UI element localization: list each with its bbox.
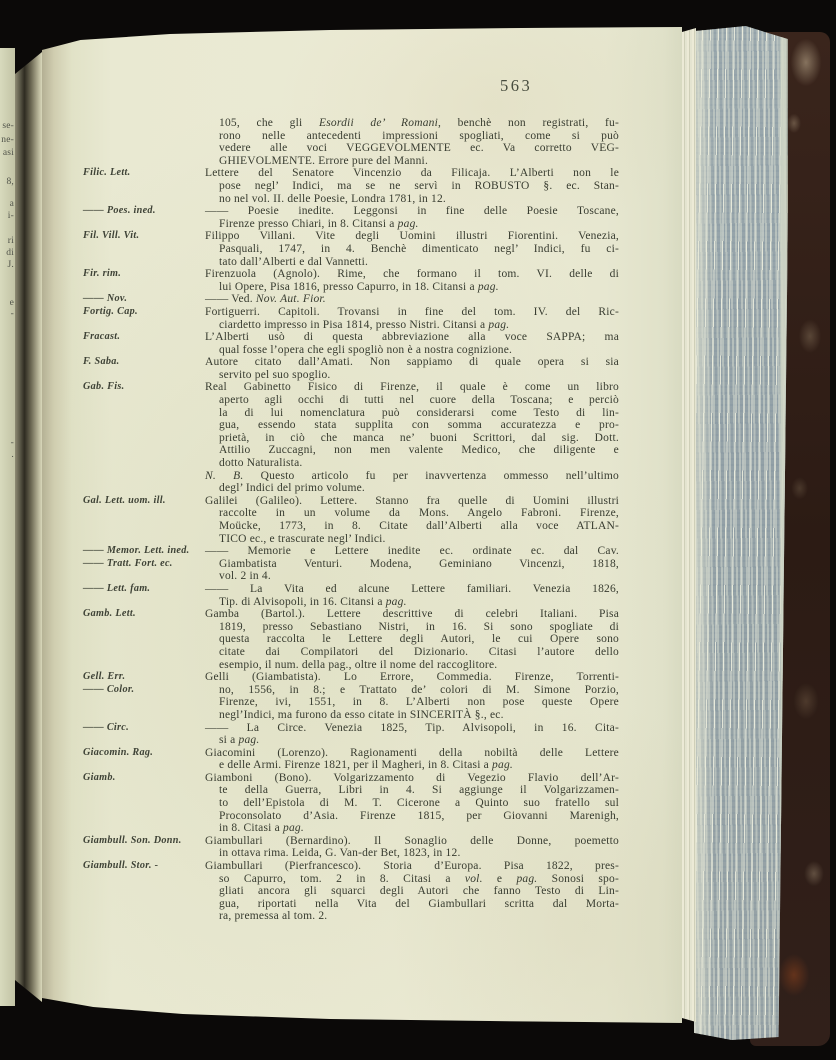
edge-fragment: se- [2, 121, 14, 131]
scanned-book-photo: se-ne-asi8,ai-ridiJ.e--. 563 105, che gl… [0, 0, 836, 1060]
line-text: Firenze presso Chiari, in 8. Citansi a p… [219, 218, 619, 231]
entry-line: in 8. Citasi a pag. [205, 822, 625, 835]
line-text: Gelli (Giambatista). Lo Errore, Commedia… [205, 671, 619, 684]
line-text: Firenzuola (Agnolo). Rime, che formano i… [205, 268, 619, 281]
line-text: Autore citato dall’Amati. Non sappiamo d… [205, 356, 619, 369]
line-text: Moücke, 1773, in 8. Citate dall’Alberti … [219, 520, 619, 533]
line-text: Gamba (Bartol.). Lettere descrittive di … [205, 608, 619, 621]
margin-label: Gab. Fis. [83, 381, 203, 394]
entry-line: Giambull. Stor. -Giambullari (Pierfrance… [205, 860, 625, 873]
line-text: pose negl’ Indici, ma se ne servì in ROB… [219, 180, 619, 193]
entry-line: Pasquali, 1747, in 4. Benchè dimenticato… [205, 243, 625, 256]
entry-line: GHIEVOLMENTE. Errore pure del Manni. [205, 155, 625, 168]
entry-line: Gab. Fis.Real Gabinetto Fisico di Firenz… [205, 381, 625, 394]
entry-line: lui Opere, Pisa 1816, presso Capurro, in… [205, 281, 625, 294]
entry-line: gua, riportati nella Vita del Giambullar… [205, 898, 625, 911]
line-text: TICO ec., e trascurate negl’ Indici. [219, 533, 619, 546]
entry-line: rono nelle antecedenti impressioni spogl… [205, 130, 625, 143]
margin-label: —— Color. [83, 684, 203, 697]
entry-line: Gell. Err.Gelli (Giambatista). Lo Errore… [205, 671, 625, 684]
entry-line: te della Guerra, Libri in 4. Si aggiunge… [205, 784, 625, 797]
edge-fragment: asi [3, 148, 14, 158]
entry-line: —— Circ.—— La Circe. Venezia 1825, Tip. … [205, 722, 625, 735]
line-text: Giambullari (Bernardino). Il Sonaglio de… [205, 835, 619, 848]
line-text: —— Poesie inedite. Leggonsi in fine dell… [205, 205, 619, 218]
entry-line: no nel vol. II. delle Poesie, Londra 178… [205, 193, 625, 206]
margin-label: Filic. Lett. [83, 167, 203, 180]
entry-line: gliati ancora gli squarci degli Autori c… [205, 885, 625, 898]
entry-line: degl’ Indici del primo volume. [205, 482, 625, 495]
entry-line: Moücke, 1773, in 8. Citate dall’Alberti … [205, 520, 625, 533]
entry-line: F. Saba.Autore citato dall’Amati. Non sa… [205, 356, 625, 369]
line-text: gliati ancora gli squarci degli Autori c… [219, 885, 619, 898]
entry-line: Fir. rim.Firenzuola (Agnolo). Rime, che … [205, 268, 625, 281]
line-text: vol. 2 in 4. [219, 570, 619, 583]
entry-line: negl’Indici, ma furono da esso citate in… [205, 709, 625, 722]
line-text: Firenze, ivi, 1551, in 8. L’Alberti non … [219, 696, 619, 709]
edge-fragment: . [11, 450, 14, 460]
entry-line: —— Poes. ined.—— Poesie inedite. Leggons… [205, 205, 625, 218]
margin-label: Gal. Lett. uom. ill. [83, 495, 203, 508]
edge-fragment: ne- [1, 135, 14, 145]
entry-line: 1819, presso Sebastiano Nistri, in 16. S… [205, 621, 625, 634]
edge-fragment: ri [8, 236, 14, 246]
line-text: qual fosse l’opera che egli spogliò non … [219, 344, 619, 357]
entry-line: 105, che gli Esordii de’ Romani, benchè … [205, 117, 625, 130]
line-text: gua, riportati nella Vita del Giambullar… [219, 898, 619, 911]
entry-line: Filic. Lett.Lettere del Senatore Vincenz… [205, 167, 625, 180]
edge-fragment: e [10, 298, 14, 308]
line-text: lui Opere, Pisa 1816, presso Capurro, in… [219, 281, 619, 294]
margin-label: Gell. Err. [83, 671, 203, 684]
facing-page-edge: se-ne-asi8,ai-ridiJ.e--. [0, 48, 15, 1006]
entry-line: Gamb. Lett.Gamba (Bartol.). Lettere desc… [205, 608, 625, 621]
entry-line: Fracast.L’Alberti usò di questa abbrevia… [205, 331, 625, 344]
line-text: so Capurro, tom. 2 in 8. Citasi a vol. e… [219, 873, 619, 886]
line-text: —— Memorie e Lettere inedite ec. ordinat… [205, 545, 619, 558]
margin-label: Giacomin. Rag. [83, 747, 203, 760]
edge-fragment: - [11, 309, 14, 319]
line-text: degl’ Indici del primo volume. [219, 482, 619, 495]
line-text: Real Gabinetto Fisico di Firenze, il qua… [205, 381, 619, 394]
line-text: Galilei (Galileo). Lettere. Stanno fra q… [205, 495, 619, 508]
line-text: aperto agli occhi di tutti nel cuore del… [219, 394, 619, 407]
entry-line: —— Tratt. Fort. ec.Giambatista Venturi. … [205, 558, 625, 571]
line-text: 105, che gli Esordii de’ Romani, benchè … [219, 117, 619, 130]
entry-line: Giacomin. Rag.Giacomini (Lorenzo). Ragio… [205, 747, 625, 760]
line-text: servito pel suo spoglio. [219, 369, 619, 382]
line-text: to dell’Epistola di M. T. Cicerone a Qui… [219, 797, 619, 810]
entry-line: Giambull. Son. Donn.Giambullari (Bernard… [205, 835, 625, 848]
line-text: Proconsolato d’Asia. Firenze 1815, per G… [219, 810, 619, 823]
line-text: N. B. Questo articolo fu per inavvertenz… [205, 470, 619, 483]
line-text: citate dai Compilatori del Dizionario. C… [219, 646, 619, 659]
line-text: la di lui nomenclatura può considerarsi … [219, 407, 619, 420]
entry-line: qual fosse l’opera che egli spogliò non … [205, 344, 625, 357]
line-text: Fortiguerri. Capitoli. Trovansi in fine … [205, 306, 619, 319]
margin-label: Giambull. Son. Donn. [83, 835, 203, 848]
entry-line: Gal. Lett. uom. ill.Galilei (Galileo). L… [205, 495, 625, 508]
edge-fragment: 8, [6, 177, 14, 187]
entry-line: Proconsolato d’Asia. Firenze 1815, per G… [205, 810, 625, 823]
line-text: Giamboni (Bono). Volgarizzamento di Vege… [205, 772, 619, 785]
edge-fragment: i- [8, 211, 14, 221]
entry-line: esempio, il num. della pag., oltre il no… [205, 659, 625, 672]
entry-line: questa raccolta le Lettere degli Autori,… [205, 633, 625, 646]
entry-line: —— Memor. Lett. ined.—— Memorie e Letter… [205, 545, 625, 558]
line-text: Giambatista Venturi. Modena, Geminiano V… [219, 558, 619, 571]
line-text: tato dall’Alberti e dal Vannetti. [219, 256, 619, 269]
entry-line: si a pag. [205, 734, 625, 747]
margin-label: —— Poes. ined. [83, 205, 203, 218]
line-text: ciardetto impresso in Pisa 1814, presso … [219, 319, 619, 332]
margin-label: —— Lett. fam. [83, 583, 203, 596]
line-text: GHIEVOLMENTE. Errore pure del Manni. [219, 155, 619, 168]
line-text: no nel vol. II. delle Poesie, Londra 178… [219, 193, 619, 206]
edge-fragment: J. [8, 260, 14, 270]
line-text: si a pag. [219, 734, 619, 747]
page-edge-stack [682, 28, 696, 1026]
page-number: 563 [500, 76, 532, 96]
entry-line: citate dai Compilatori del Dizionario. C… [205, 646, 625, 659]
entry-line: raccolte in un volume da Mons. Angelo Fa… [205, 507, 625, 520]
entry-line: TICO ec., e trascurate negl’ Indici. [205, 533, 625, 546]
line-text: raccolte in un volume da Mons. Angelo Fa… [219, 507, 619, 520]
entry-line: Tip. di Alvisopoli, in 16. Citansi a pag… [205, 596, 625, 609]
entry-line: Fortig. Cap.Fortiguerri. Capitoli. Trova… [205, 306, 625, 319]
line-text: Pasquali, 1747, in 4. Benchè dimenticato… [219, 243, 619, 256]
margin-label: Fracast. [83, 331, 203, 344]
entry-line: Giamb.Giamboni (Bono). Volgarizzamento d… [205, 772, 625, 785]
line-text: questa raccolta le Lettere degli Autori,… [219, 633, 619, 646]
line-text: in ottava rima. Leida, G. Van-der Bet, 1… [219, 847, 619, 860]
entry-line: vedere alle voci VEGGEVOLMENTE ec. Va co… [205, 142, 625, 155]
margin-label: —— Memor. Lett. ined. [83, 545, 203, 558]
entry-line: in ottava rima. Leida, G. Van-der Bet, 1… [205, 847, 625, 860]
margin-label: —— Nov. [83, 293, 203, 306]
margin-label: F. Saba. [83, 356, 203, 369]
entry-line: Attilio Zuccagni, non men valente Medico… [205, 444, 625, 457]
edge-fragment: di [6, 248, 14, 258]
line-text: negl’Indici, ma furono da esso citate in… [219, 709, 619, 722]
line-text: in 8. Citasi a pag. [219, 822, 619, 835]
line-text: dotto Naturalista. [219, 457, 619, 470]
line-text: gua, essendo stata supplita con somma ac… [219, 419, 619, 432]
body-text-column: 105, che gli Esordii de’ Romani, benchè … [205, 117, 625, 923]
margin-label: Fil. Vill. Vit. [83, 230, 203, 243]
margin-label: Giambull. Stor. - [83, 860, 203, 873]
line-text: —— Ved. Nov. Aut. Fior. [205, 293, 619, 306]
entry-line: dotto Naturalista. [205, 457, 625, 470]
line-text: Giambullari (Pierfrancesco). Storia d’Eu… [205, 860, 619, 873]
margin-label: —— Circ. [83, 722, 203, 735]
line-text: —— La Vita ed alcune Lettere familiari. … [205, 583, 619, 596]
entry-line: —— Color.no, 1556, in 8.; e Trattato de’… [205, 684, 625, 697]
line-text: Lettere del Senatore Vincenzio da Filica… [205, 167, 619, 180]
book-fore-edge-pages [694, 26, 788, 1040]
line-text: L’Alberti usò di questa abbreviazione al… [205, 331, 619, 344]
line-text: esempio, il num. della pag., oltre il no… [219, 659, 619, 672]
entry-line: servito pel suo spoglio. [205, 369, 625, 382]
line-text: Tip. di Alvisopoli, in 16. Citansi a pag… [219, 596, 619, 609]
line-text: 1819, presso Sebastiano Nistri, in 16. S… [219, 621, 619, 634]
entry-line: ciardetto impresso in Pisa 1814, presso … [205, 319, 625, 332]
line-text: e delle Armi. Firenze 1821, per il Maghe… [219, 759, 619, 772]
line-text: Filippo Villani. Vite degli Uomini illus… [205, 230, 619, 243]
line-text: te della Guerra, Libri in 4. Si aggiunge… [219, 784, 619, 797]
entry-line: —— Lett. fam.—— La Vita ed alcune Letter… [205, 583, 625, 596]
line-text: Giacomini (Lorenzo). Ragionamenti della … [205, 747, 619, 760]
entry-line: gua, essendo stata supplita con somma ac… [205, 419, 625, 432]
margin-label: Fortig. Cap. [83, 306, 203, 319]
line-text: —— La Circe. Venezia 1825, Tip. Alvisopo… [205, 722, 619, 735]
gutter-shadow [15, 44, 42, 1010]
entry-line: to dell’Epistola di M. T. Cicerone a Qui… [205, 797, 625, 810]
line-text: vedere alle voci VEGGEVOLMENTE ec. Va co… [219, 142, 619, 155]
entry-line: aperto agli occhi di tutti nel cuore del… [205, 394, 625, 407]
line-text: Attilio Zuccagni, non men valente Medico… [219, 444, 619, 457]
book-page: 563 105, che gli Esordii de’ Romani, ben… [42, 26, 682, 1026]
line-text: no, 1556, in 8.; e Trattato de’ colori d… [219, 684, 619, 697]
entry-line: Fil. Vill. Vit.Filippo Villani. Vite deg… [205, 230, 625, 243]
entry-line: Firenze presso Chiari, in 8. Citansi a p… [205, 218, 625, 231]
entry-line: e delle Armi. Firenze 1821, per il Maghe… [205, 759, 625, 772]
line-text: ra, premessa al tom. 2. [219, 910, 619, 923]
entry-line: tato dall’Alberti e dal Vannetti. [205, 256, 625, 269]
entry-line: pose negl’ Indici, ma se ne servì in ROB… [205, 180, 625, 193]
entry-line: vol. 2 in 4. [205, 570, 625, 583]
line-text: rono nelle antecedenti impressioni spogl… [219, 130, 619, 143]
entry-line: Firenze, ivi, 1551, in 8. L’Alberti non … [205, 696, 625, 709]
entry-line: N. B. Questo articolo fu per inavvertenz… [205, 470, 625, 483]
entry-line: so Capurro, tom. 2 in 8. Citasi a vol. e… [205, 873, 625, 886]
margin-label: —— Tratt. Fort. ec. [83, 558, 203, 571]
margin-label: Fir. rim. [83, 268, 203, 281]
edge-fragment: - [11, 438, 14, 448]
line-text: prietà, in ciò che manca ne’ buoni Scrit… [219, 432, 619, 445]
entry-line: la di lui nomenclatura può considerarsi … [205, 407, 625, 420]
entry-line: ra, premessa al tom. 2. [205, 910, 625, 923]
margin-label: Gamb. Lett. [83, 608, 203, 621]
entry-line: prietà, in ciò che manca ne’ buoni Scrit… [205, 432, 625, 445]
edge-fragment: a [10, 199, 14, 209]
entry-line: —— Nov.—— Ved. Nov. Aut. Fior. [205, 293, 625, 306]
margin-label: Giamb. [83, 772, 203, 785]
